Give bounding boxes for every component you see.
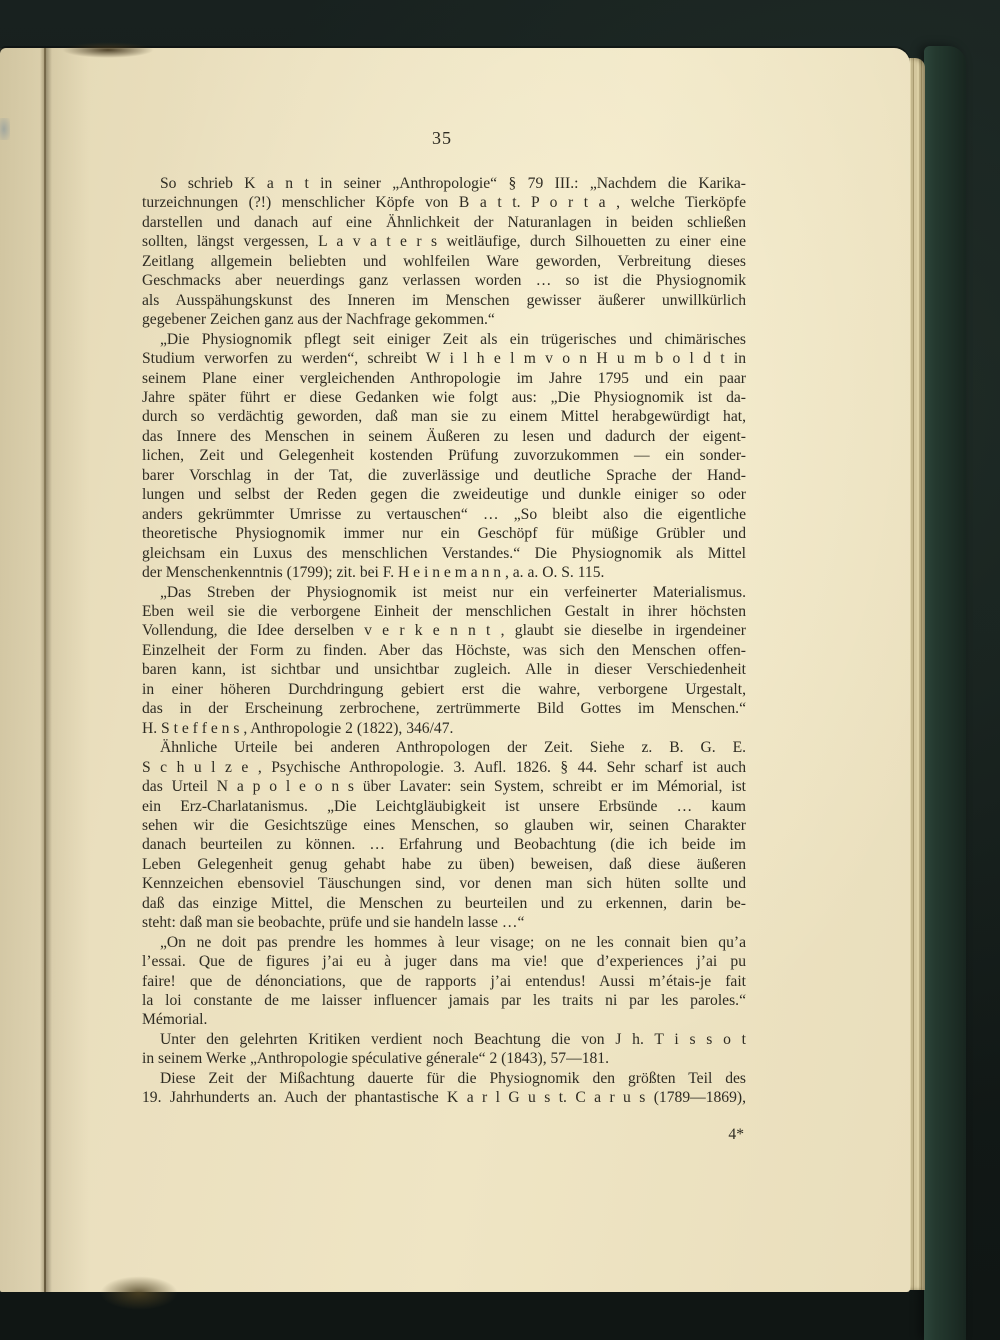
stain-bottom-gutter — [100, 1276, 178, 1310]
text-line: Zeitlang allgemein beliebten und wohlfei… — [142, 252, 746, 271]
paragraph: Diese Zeit der Mißachtung dauerte für di… — [142, 1069, 746, 1108]
book-page: 35 So schrieb K a n t in seiner „Anthrop… — [0, 48, 910, 1292]
text-line: turzeichnungen (?!) menschlicher Köpfe v… — [142, 193, 746, 212]
text-line: Studium verworfen zu werden“, schreibt W… — [142, 349, 746, 368]
text-line: Kennzeichen ebensoviel Täuschungen sind,… — [142, 874, 746, 893]
text-line: Unter den gelehrten Kritiken verdient no… — [142, 1030, 746, 1049]
text-line: Leben Gelegenheit genug gehabt habe zu ü… — [142, 855, 746, 874]
text-line: 19. Jahrhunderts an. Auch der phantastis… — [142, 1088, 746, 1107]
text-line: barer Vorschlag in der Tat, die zuverläs… — [142, 466, 746, 485]
edge-mark — [0, 118, 10, 140]
text-line: seinem Plane einer vergleichenden Anthro… — [142, 369, 746, 388]
paragraph: Ähnliche Urteile bei anderen Anthropolog… — [142, 738, 746, 933]
text-line: in einer höheren Durchdringung gebiert e… — [142, 680, 746, 699]
body-text: So schrieb K a n t in seiner „Anthropolo… — [142, 174, 746, 1108]
text-line: baren kann, ist sichtbar und unsichtbar … — [142, 660, 746, 679]
text-line: ein Erz-Charlatanismus. „Die Leichtgläub… — [142, 797, 746, 816]
text-line: „On ne doit pas prendre les hommes à leu… — [142, 933, 746, 952]
text-line: S c h u l z e , Psychische Anthropologie… — [142, 758, 746, 777]
text-line: Vollendung, die Idee derselben v e r k e… — [142, 621, 746, 640]
text-line: das in der Erscheinung zerbrochene, zert… — [142, 699, 746, 718]
text-line: in seinem Werke „Anthropologie spéculati… — [142, 1049, 746, 1068]
paragraph: Unter den gelehrten Kritiken verdient no… — [142, 1030, 746, 1069]
text-line: als Ausspähungskunst des Inneren im Mens… — [142, 291, 746, 310]
book-cover-edge — [924, 46, 966, 1340]
text-line: Mémorial. — [142, 1010, 746, 1029]
text-line: sehen wir die Gesichtszüge eines Mensche… — [142, 816, 746, 835]
book-scan: 35 So schrieb K a n t in seiner „Anthrop… — [0, 0, 1000, 1340]
text-line: steht: daß man sie beobachte, prüfe und … — [142, 913, 746, 932]
text-line: das Innere des Menschen in seinem Äußere… — [142, 427, 746, 446]
paragraph: So schrieb K a n t in seiner „Anthropolo… — [142, 174, 746, 330]
text-line: la loi constante de me laisser influence… — [142, 991, 746, 1010]
text-line: das Urteil N a p o l e o n s über Lavate… — [142, 777, 746, 796]
text-line: lichen, Zeit und Gelegenheit kostenden P… — [142, 446, 746, 465]
text-line: H. S t e f f e n s , Anthropologie 2 (18… — [142, 719, 746, 738]
text-line: der Menschenkenntnis (1799); zit. bei F.… — [142, 563, 746, 582]
text-line: lungen und selbst der Reden gegen die zw… — [142, 485, 746, 504]
text-line: Einzelheit der Form zu finden. Aber das … — [142, 641, 746, 660]
text-line: anders gekrümmter Umrisse zu vertauschen… — [142, 505, 746, 524]
text-line: l’essai. Que de figures j’ai eu à juger … — [142, 952, 746, 971]
text-line: faire! que de dénonciations, que de rapp… — [142, 972, 746, 991]
text-line: gleichsam ein Luxus des menschlichen Ver… — [142, 544, 746, 563]
paragraph: „Das Streben der Physiognomik ist meist … — [142, 583, 746, 739]
text-line: theoretische Physiognomik immer nur ein … — [142, 524, 746, 543]
text-line: gegebener Zeichen ganz aus der Nachfrage… — [142, 310, 746, 329]
paragraph: „On ne doit pas prendre les hommes à leu… — [142, 933, 746, 1030]
page-number: 35 — [142, 128, 742, 149]
text-line: daß das einzige Mittel, die Menschen zu … — [142, 894, 746, 913]
text-line: Geschmacks aber neuerdings ganz verlasse… — [142, 271, 746, 290]
stain-top-gutter — [62, 42, 154, 58]
text-line: Diese Zeit der Mißachtung dauerte für di… — [142, 1069, 746, 1088]
gutter-crease — [44, 48, 46, 1292]
text-line: Jahre später führt er diese Gedanken wie… — [142, 388, 746, 407]
text-line: darstellen und danach auf eine Ähnlichke… — [142, 213, 746, 232]
text-line: So schrieb K a n t in seiner „Anthropolo… — [142, 174, 746, 193]
text-line: „Das Streben der Physiognomik ist meist … — [142, 583, 746, 602]
footer-signature-mark: 4* — [142, 1126, 746, 1144]
paragraph: „Die Physiognomik pflegt seit einiger Ze… — [142, 330, 746, 583]
text-line: sollten, längst vergessen, L a v a t e r… — [142, 232, 746, 251]
text-line: „Die Physiognomik pflegt seit einiger Ze… — [142, 330, 746, 349]
text-line: durch so verdächtig geworden, daß man si… — [142, 407, 746, 426]
text-line: Ähnliche Urteile bei anderen Anthropolog… — [142, 738, 746, 757]
text-line: danach beurteilen zu können. … Erfahrung… — [142, 835, 746, 854]
text-line: Eben weil sie die verborgene Einheit der… — [142, 602, 746, 621]
